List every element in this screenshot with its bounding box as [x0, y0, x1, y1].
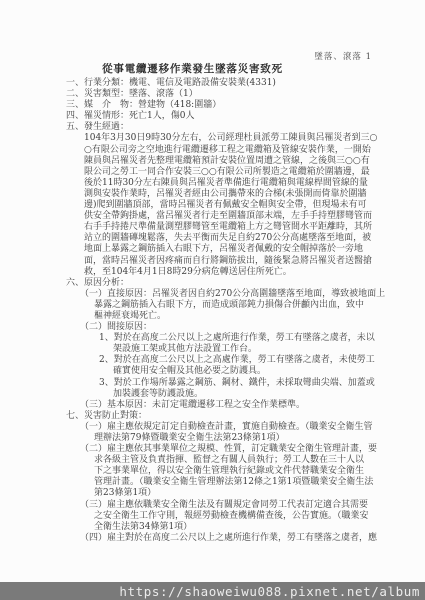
- text-line: 架設施工架或其他方法設置工作台。: [113, 344, 376, 355]
- text-line: ○有限公司旁之空地進行電纜遷移工程之電纜箱及管線安裝作業，一開始: [84, 145, 376, 156]
- text-line: 限公司之勞工一同合作安裝三○○有限公司所製造之電纜箱於圍牆邊，最: [84, 167, 376, 178]
- watermark-bar: https://shaoweiwu088.pixnet.net/album: [0, 582, 425, 600]
- text-line: 管理計畫。（職業安全衛生管理辦法第12條之1第1項暨職業安全衛生法: [94, 477, 376, 488]
- text-line: 確實使用安全帽及其他必要之防護具。: [113, 366, 376, 377]
- text-line: 求各級主管及負責指揮、監督之有關人員執行；勞工人數在三十人以: [94, 455, 376, 466]
- text-line: 全衛生法第34條第1項）: [94, 522, 376, 533]
- text-line: 之安全衛生工作守則，報經勞動檢查機構備查後，公告實施。（職業安: [94, 511, 376, 522]
- text-line: （一）直接原因：呂罹災者因自約270公分高圍牆墜落至地面，導致被地面上: [80, 289, 376, 300]
- text-line: 暴露之鋼筋插入右眼下方，而造成頭部鈍力損傷合併顱內出血，致中: [94, 300, 376, 311]
- document-body: 一、行業分類：機電、電信及電路設備安裝業(4331)二、災害類型：墜落、滾落（1…: [66, 78, 376, 544]
- text-line: 樞神經衰竭死亡。: [94, 311, 376, 322]
- text-line: （三）雇主應依職業安全衛生法及有關規定會同勞工代表訂定適合其需要: [80, 500, 376, 511]
- text-line: 一、行業分類：機電、電信及電路設備安裝業(4331): [66, 78, 376, 89]
- text-line: 二、災害類型：墜落、滾落（1）: [66, 89, 376, 100]
- text-line: 供安全帶鉤掛處，當呂罹災者行走至圍牆頂部末端，左手手持塑膠彎管而: [84, 211, 376, 222]
- document-title: 從事電纜遷移作業發生墜落災害致死: [0, 61, 385, 76]
- text-line: 後於11時30分左右陳員與呂罹災者準備進行電纜箱與電線桿間管線的量: [84, 178, 376, 189]
- text-line: 邊)爬到圍牆頂部，當時呂罹災者有佩戴安全帽與安全帶，但現場未有可: [84, 200, 376, 211]
- text-line: 地面上暴露之鋼筋插入右眼下方，呂罹災者佩戴的安全帽掉落於一旁地: [84, 244, 376, 255]
- text-line: 站立的圍牆磚塊鬆落，失去平衡而失足自約270公分高處墜落至地面，被: [84, 233, 376, 244]
- text-line: （二）雇主應依其事業單位之規模、性質，訂定職業安全衛生管理計畫，要: [80, 444, 376, 455]
- text-line: 1、對於在高度二公尺以上之處所進行作業，勞工有墜落之虞者，未以: [99, 333, 376, 344]
- text-line: 四、罹災情形：死亡1人，傷0人: [66, 111, 376, 122]
- text-line: 理辦法第79條暨職業安全衛生法第23條第1項）: [94, 433, 376, 444]
- text-line: 104年3月30日9時30分左右，公司經理杜員派勞工陳員與呂罹災者到三○: [84, 133, 376, 144]
- text-line: 右手手持捲尺準備量測塑膠彎管至電纜箱上方之彎管間水平距離時，其所: [84, 222, 376, 233]
- text-line: 救，至104年4月1日8時29分病危轉送居住所死亡。: [84, 267, 376, 278]
- document-page: 墜落、滾落 1 從事電纜遷移作業發生墜落災害致死 一、行業分類：機電、電信及電路…: [0, 0, 425, 600]
- text-line: 下之事業單位，得以安全衛生管理執行紀錄或文件代替職業安全衛生: [94, 466, 376, 477]
- text-line: 六、原因分析：: [66, 278, 376, 289]
- text-line: 三、媒 介 物：營建物（418:圍牆）: [66, 100, 376, 111]
- text-line: （一）雇主應依規定訂定自動檢查計畫，實施自動檢查。（職業安全衛生管: [80, 422, 376, 433]
- text-line: （二）間接原因：: [80, 322, 376, 333]
- text-line: 面，當時呂罹災者因疼痛而自行將鋼筋拔出，隨後緊急將呂罹災者送醫搶: [84, 256, 376, 267]
- text-line: 陳員與呂罹災者先整理電纜箱預計安裝位置周遭之管線，之後與三○○有: [84, 156, 376, 167]
- text-line: （三）基本原因：未訂定電纜遷移工程之安全作業標準。: [80, 400, 376, 411]
- text-line: 3、對於工作場所暴露之鋼筋、鋼材、鐵件，未採取彎曲尖端、加蓋或: [99, 378, 376, 389]
- text-line: （四）雇主對於在高度二公尺以上之處所進行作業，勞工有墜落之虞者，應: [80, 533, 376, 544]
- text-line: 第23條第1項）: [94, 488, 376, 499]
- watermark-url: https://shaoweiwu088.pixnet.net/album: [119, 584, 420, 599]
- text-line: 七、災害防止對策：: [66, 411, 376, 422]
- text-line: 測與安裝作業時，呂罹災者經由公司攜帶來的合梯(未張開而倚靠於圍牆: [84, 189, 376, 200]
- text-line: 五、發生經過：: [66, 122, 376, 133]
- text-line: 加裝護套等防護設施。: [113, 389, 376, 400]
- text-line: 2、對於在高度二公尺以上之高處作業，勞工有墜落之虞者，未使勞工: [99, 355, 376, 366]
